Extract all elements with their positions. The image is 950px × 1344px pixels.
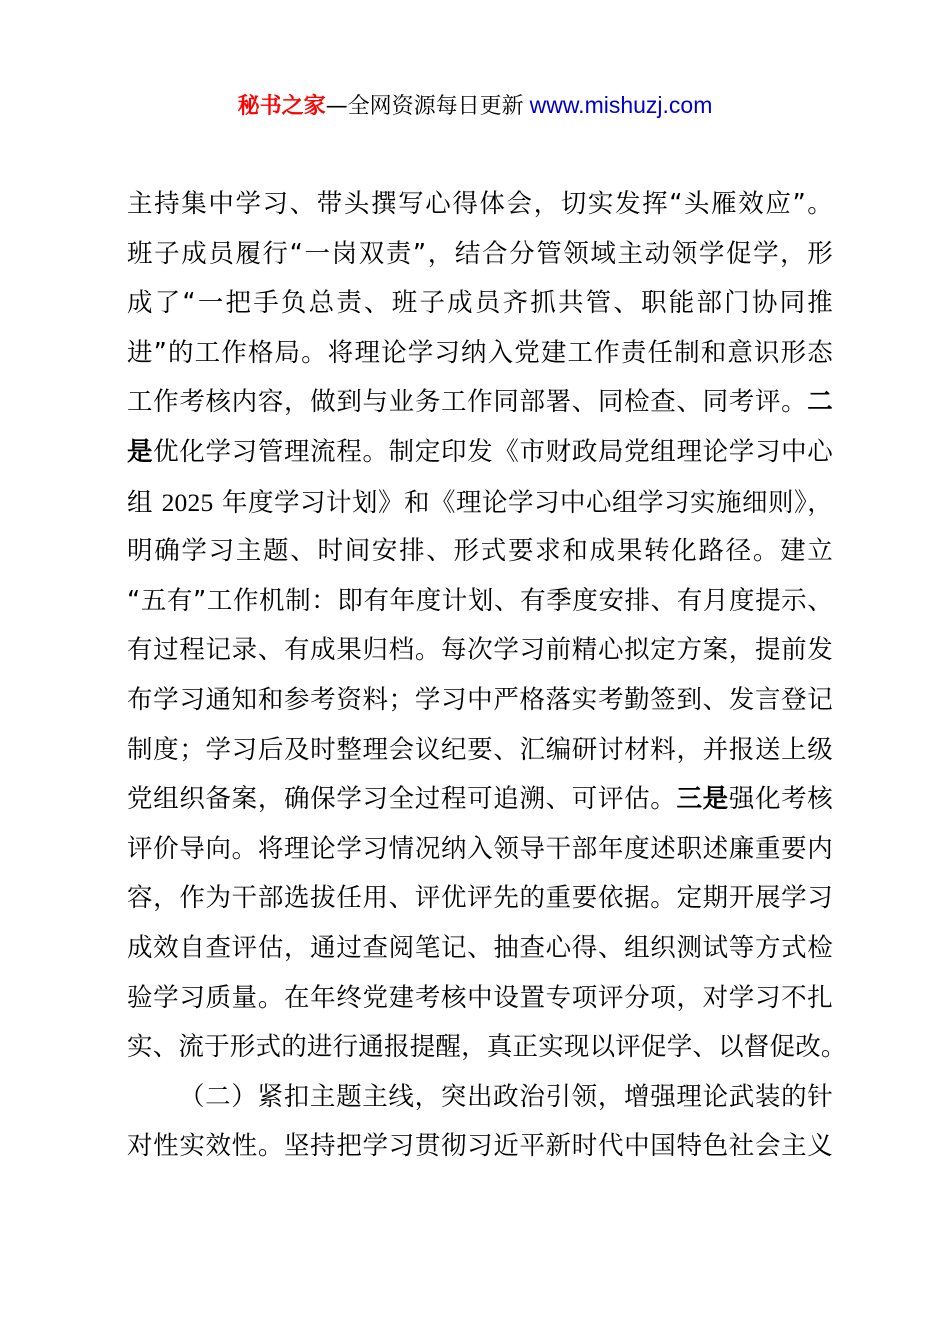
text-segment: 有过程记录、有成果归档。每次学习前精心拟定方案，提前发 [127,635,833,665]
text-line: 成效自查评估，通过查阅笔记、抽查心得、组织测试等方式检 [127,924,833,974]
text-segment: 对性实效性。坚持把学习贯彻习近平新时代中国特色社会主义 [127,1131,833,1161]
text-segment: 实、流于形式的进行通报提醒，真正实现以评促学、以督促改。 [127,1032,847,1062]
text-line: 有过程记录、有成果归档。每次学习前精心拟定方案，提前发 [127,626,833,676]
text-line: 评价导向。将理论学习情况纳入领导干部年度述职述廉重要内 [127,825,833,875]
text-segment: 工作考核内容，做到与业务工作同部署、同检查、同考评。 [127,387,807,417]
text-line: “五有”工作机制：即有年度计划、有季度安排、有月度提示、 [127,577,833,627]
text-segment: 制度；学习后及时整理会议纪要、汇编研讨材料，并报送上级 [127,735,833,765]
text-segment: 主持集中学习、带头撰写心得体会，切实发挥“头雁效应”。 [127,189,833,219]
text-segment: （二）紧扣主题主线，突出政治引领，增强理论武装的针 [179,1082,833,1112]
text-segment: 成效自查评估，通过查阅笔记、抽查心得、组织测试等方式检 [127,933,833,963]
text-line: 工作考核内容，做到与业务工作同部署、同检查、同考评。二 [127,378,833,428]
text-segment: 验学习质量。在年终党建考核中设置专项评分项，对学习不扎 [127,983,833,1013]
text-line: 是优化学习管理流程。制定印发《市财政局党组理论学习中心 [127,428,833,478]
header-tagline: —全网资源每日更新 [326,94,524,119]
text-line: 制度；学习后及时整理会议纪要、汇编研讨材料，并报送上级 [127,726,833,776]
text-segment: 成了“一把手负总责、班子成员齐抓共管、职能部门协同推 [127,288,833,318]
document-body: 主持集中学习、带头撰写心得体会，切实发挥“头雁效应”。 班子成员履行“一岗双责”… [127,180,833,1172]
text-segment: 党组织备案，确保学习全过程可追溯、可评估。 [127,784,676,814]
page-header: 秘书之家—全网资源每日更新www.mishuzj.com [0,88,950,124]
text-segment: 组 [127,488,153,518]
text-line: 明确学习主题、时间安排、形式要求和成果转化路径。建立 [127,527,833,577]
section-heading-line: （二）紧扣主题主线，突出政治引领，增强理论武装的针 [127,1073,833,1123]
text-line: 党组织备案，确保学习全过程可追溯、可评估。三是强化考核 [127,775,833,825]
text-segment: 进”的工作格局。将理论学习纳入党建工作责任制和意识形态 [127,338,833,368]
text-line: 实、流于形式的进行通报提醒，真正实现以评促学、以督促改。 [127,1023,833,1073]
text-segment: 容，作为干部选拔任用、评优评先的重要依据。定期开展学习 [127,883,833,913]
site-url-link[interactable]: www.mishuzj.com [530,92,713,118]
text-line: 容，作为干部选拔任用、评优评先的重要依据。定期开展学习 [127,874,833,924]
text-segment: “五有”工作机制：即有年度计划、有季度安排、有月度提示、 [127,586,833,616]
text-line: 主持集中学习、带头撰写心得体会，切实发挥“头雁效应”。 [127,180,833,230]
year-number: 2025 [162,488,214,517]
bold-ordinal: 是 [127,437,153,467]
text-segment: 班子成员履行“一岗双责”，结合分管领域主动领学促学，形 [127,239,833,269]
text-segment: 评价导向。将理论学习情况纳入领导干部年度述职述廉重要内 [127,834,833,864]
text-segment: 优化学习管理流程。制定印发《市财政局党组理论学习中心 [153,437,833,467]
text-line: 班子成员履行“一岗双责”，结合分管领域主动领学促学，形 [127,230,833,280]
brand-name: 秘书之家 [238,94,326,119]
bold-ordinal: 三是 [676,784,728,814]
text-segment: 布学习通知和参考资料；学习中严格落实考勤签到、发言登记 [127,685,833,715]
text-segment: 强化考核 [729,784,833,814]
text-line: 布学习通知和参考资料；学习中严格落实考勤签到、发言登记 [127,676,833,726]
text-line: 进”的工作格局。将理论学习纳入党建工作责任制和意识形态 [127,329,833,379]
text-line: 对性实效性。坚持把学习贯彻习近平新时代中国特色社会主义 [127,1122,833,1172]
text-segment: 明确学习主题、时间安排、形式要求和成果转化路径。建立 [127,536,833,566]
text-line: 成了“一把手负总责、班子成员齐抓共管、职能部门协同推 [127,279,833,329]
bold-ordinal: 二 [807,387,833,417]
text-segment: 年度学习计划》和《理论学习中心组学习实施细则》， [222,488,833,518]
text-line: 组 2025 年度学习计划》和《理论学习中心组学习实施细则》， [127,478,833,528]
text-line: 验学习质量。在年终党建考核中设置专项评分项，对学习不扎 [127,974,833,1024]
